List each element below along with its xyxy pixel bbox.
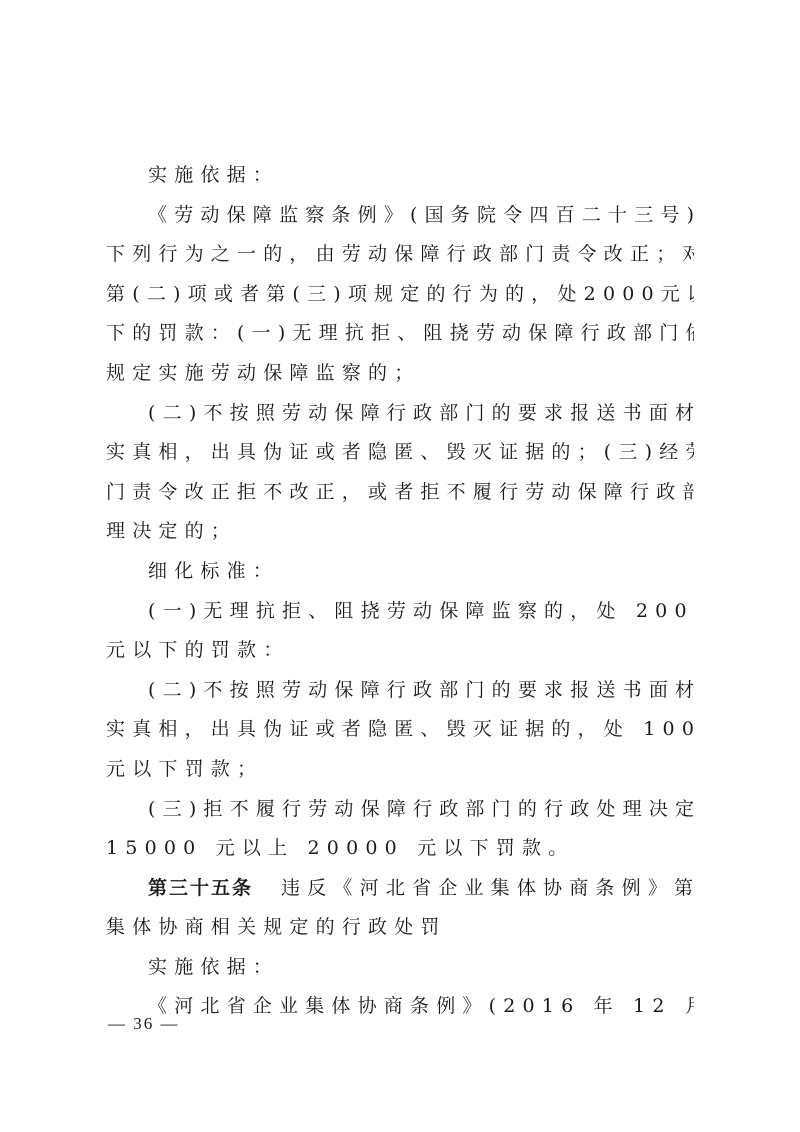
article-heading: 第三十五条违反《河北省企业集体协商条例》第四十七条 <box>106 869 694 909</box>
paragraph-line: 元以下罚款； <box>106 750 694 790</box>
paragraph-line: (二)不按照劳动保障行政部门的要求报送书面材料，隐瞒事 <box>106 671 694 711</box>
article-number: 第三十五条 <box>148 877 253 899</box>
paragraph-line: 理决定的； <box>106 512 694 552</box>
paragraph-line: 元以下的罚款： <box>106 631 694 671</box>
paragraph-line: 《河北省企业集体协商条例》(2016 年 12 月 2 日河北省第十 <box>106 987 694 1027</box>
section-label-basis: 实施依据： <box>106 156 694 196</box>
paragraph-line: (二)不按照劳动保障行政部门的要求报送书面材料，隐瞒事 <box>106 394 694 434</box>
paragraph-line: 规定实施劳动保障监察的； <box>106 354 694 394</box>
paragraph-line: (一)无理抗拒、阻挠劳动保障监察的，处 2000 元以上 10000 <box>106 592 694 632</box>
paragraph-line: 门责令改正拒不改正，或者拒不履行劳动保障行政部门的行政处 <box>106 473 694 513</box>
section-label-basis: 实施依据： <box>106 948 694 988</box>
paragraph-line: 下列行为之一的，由劳动保障行政部门责令改正；对有第(一)项、 <box>106 235 694 275</box>
paragraph-line: 实真相，出具伪证或者隐匿、毁灭证据的；(三)经劳动保障行政部 <box>106 433 694 473</box>
paragraph-line: 15000 元以上 20000 元以下罚款。 <box>106 829 694 869</box>
section-label-standards: 细化标准： <box>106 552 694 592</box>
paragraph-line: 《劳动保障监察条例》(国务院令四百二十三号)第三十条有 <box>106 196 694 236</box>
article-title: 违反《河北省企业集体协商条例》第四十七条 <box>281 877 694 899</box>
article-title-continued: 集体协商相关规定的行政处罚 <box>106 908 694 948</box>
page-number: — 36 — <box>108 1014 180 1034</box>
paragraph-line: 实真相，出具伪证或者隐匿、毁灭证据的，处 10000 元以上 15000 <box>106 710 694 750</box>
document-page: 实施依据： 《劳动保障监察条例》(国务院令四百二十三号)第三十条有 下列行为之一… <box>106 156 694 1027</box>
paragraph-line: 第(二)项或者第(三)项规定的行为的，处2000元以上20000元以 <box>106 275 694 315</box>
paragraph-line: (三)拒不履行劳动保障行政部门的行政处理决定的，处以 <box>106 790 694 830</box>
paragraph-line: 下的罚款：(一)无理抗拒、阻挠劳动保障行政部门依照本条例的 <box>106 314 694 354</box>
